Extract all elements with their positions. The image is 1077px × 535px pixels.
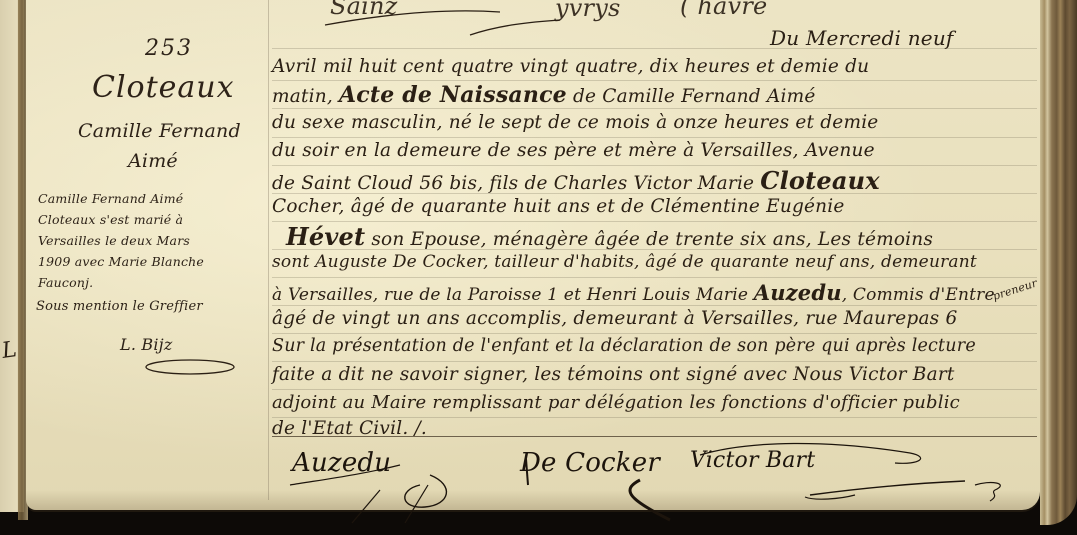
signature-flourish: [280, 445, 480, 525]
greffier-signature: L. Bijz: [120, 335, 172, 354]
signature-flourish: [690, 435, 1030, 515]
cut-signature: ( havré: [680, 0, 767, 20]
father-surname: Cloteaux: [760, 166, 880, 195]
ruled-line: [272, 389, 1037, 390]
marriage-annotation-line: 1909 avec Marie Blanche: [38, 251, 204, 272]
ruled-line: [272, 137, 1037, 138]
ruled-line: [272, 361, 1037, 362]
body-line: adjoint au Maire remplissant par délégat…: [272, 392, 960, 413]
entry-heading: Du Mercredi neuf: [770, 26, 954, 50]
book-binding-edge: [1040, 0, 1077, 525]
entry-number: 253: [145, 36, 193, 61]
body-line: du soir en la demeure de ses père et mèr…: [272, 140, 875, 161]
annotation-footer: Sous mention le Greffier: [36, 299, 203, 314]
ruled-line: [272, 277, 1037, 278]
margin-given-names-2: Aimé: [128, 150, 178, 172]
body-text: son Epouse, ménagère âgée de trente six …: [365, 229, 933, 250]
marriage-annotation-line: Versailles le deux Mars: [38, 230, 190, 251]
body-line: à Versailles, rue de la Paroisse 1 et He…: [272, 280, 1041, 305]
marriage-annotation-line: Camille Fernand Aimé: [38, 188, 183, 209]
marriage-annotation-line: Cloteaux s'est marié à: [38, 209, 183, 230]
greffier-flourish: [140, 355, 240, 385]
body-text: , Commis d'Entre: [842, 285, 995, 305]
margin-given-names: Camille Fernand: [78, 120, 241, 142]
body-line: Hévet son Epouse, ménagère âgée de trent…: [286, 222, 933, 251]
body-line: faite a dit ne savoir signer, les témoin…: [272, 364, 955, 385]
body-line: Sur la présentation de l'enfant et la dé…: [272, 336, 976, 356]
signature-flourish: [320, 0, 580, 40]
body-line: du sexe masculin, né le sept de ce mois …: [272, 112, 878, 133]
signature-flourish: [520, 445, 700, 525]
mother-surname: Hévet: [286, 222, 365, 251]
body-line: de l'Etat Civil. /.: [272, 418, 427, 439]
margin-surname: Cloteaux: [92, 70, 235, 105]
body-line: âgé de vingt un ans accomplis, demeurant…: [272, 308, 957, 329]
margin-rule: [268, 0, 269, 500]
body-line: matin, Acte de Naissance de Camille Fern…: [272, 82, 815, 108]
ruled-line: [272, 108, 1037, 109]
ruled-line: [272, 305, 1037, 306]
body-text: de Saint Cloud 56 bis, fils de Charles V…: [272, 173, 760, 194]
body-line: Cocher, âgé de quarante huit ans et de C…: [272, 196, 845, 217]
body-text: de Camille Fernand Aimé: [567, 86, 816, 107]
ruled-line: [272, 333, 1037, 334]
body-text: à Versailles, rue de la Paroisse 1 et He…: [272, 285, 754, 305]
superscript-word: preneur: [991, 276, 1039, 303]
body-line: de Saint Cloud 56 bis, fils de Charles V…: [272, 166, 880, 195]
ruled-line: [272, 80, 1037, 81]
left-page-fragment: L: [0, 337, 18, 364]
witness-surname: Auzedu: [754, 280, 842, 305]
marriage-annotation-line: Fauconj.: [38, 272, 93, 293]
register-scan: L Sainz yvrys ( havré 253 Cloteaux Camil…: [0, 0, 1077, 535]
body-line: Avril mil huit cent quatre vingt quatre,…: [272, 56, 869, 77]
act-title: Acte de Naissance: [339, 82, 567, 108]
body-line: sont Auguste De Cocker, tailleur d'habit…: [272, 252, 977, 272]
body-text: matin,: [272, 86, 339, 107]
